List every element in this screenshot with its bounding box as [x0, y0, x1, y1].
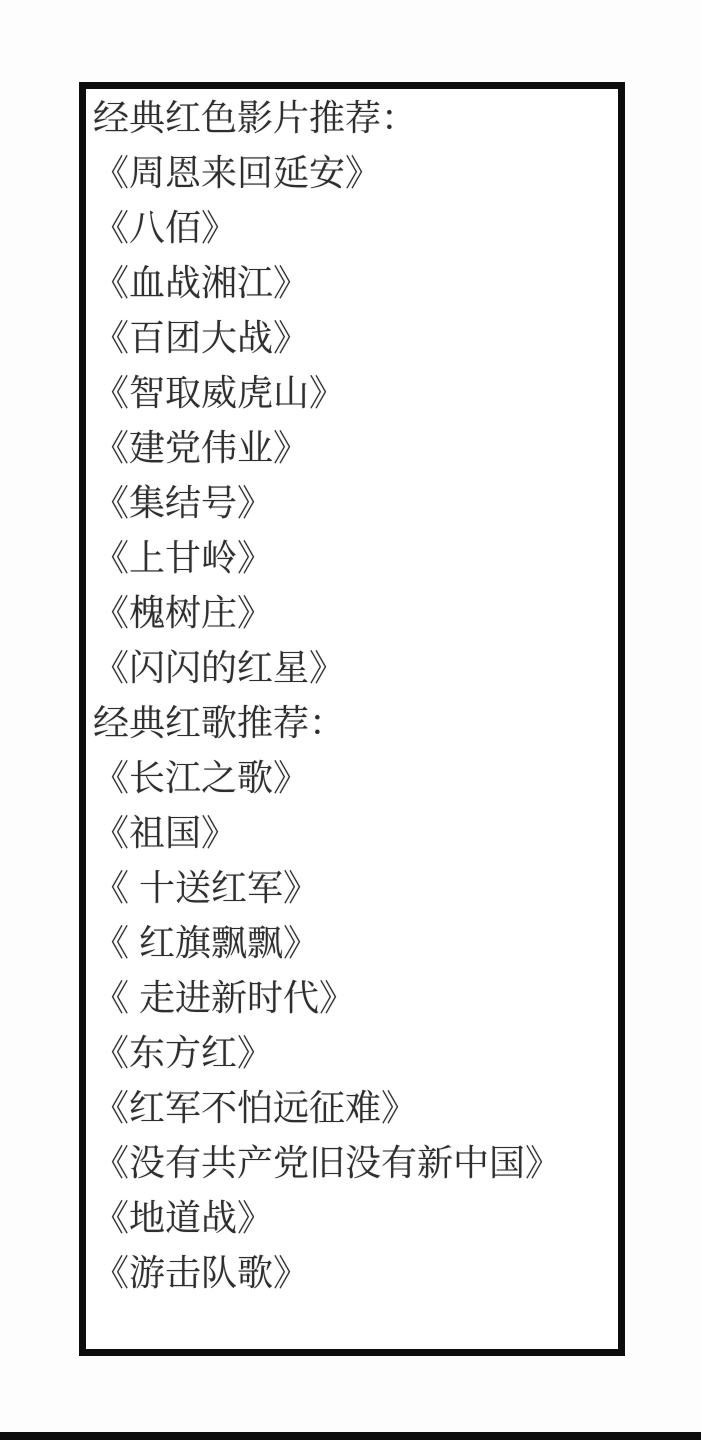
film-list-item: 《闪闪的红星》: [93, 640, 612, 695]
song-list-item: 《游击队歌》: [93, 1245, 612, 1300]
song-list-item: 《祖国》: [93, 805, 612, 860]
screenshot-page: 经典红色影片推荐： 《周恩来回延安》 《八佰》 《血战湘江》 《百团大战》 《智…: [0, 0, 701, 1440]
song-list-item: 《 走进新时代》: [93, 970, 612, 1025]
bottom-divider-bar: [0, 1432, 701, 1440]
film-section-heading: 经典红色影片推荐：: [93, 90, 612, 145]
film-list-item: 《集结号》: [93, 475, 612, 530]
song-list-item: 《地道战》: [93, 1190, 612, 1245]
film-list-item: 《智取威虎山》: [93, 365, 612, 420]
film-list-item: 《血战湘江》: [93, 255, 612, 310]
film-list-item: 《八佰》: [93, 200, 612, 255]
film-list-item: 《上甘岭》: [93, 530, 612, 585]
song-list-item: 《红军不怕远征难》: [93, 1080, 612, 1135]
song-section-heading: 经典红歌推荐：: [93, 695, 612, 750]
film-list-item: 《周恩来回延安》: [93, 145, 612, 200]
song-list-item: 《东方红》: [93, 1025, 612, 1080]
song-list-item: 《长江之歌》: [93, 750, 612, 805]
song-list-item: 《没有共产党旧没有新中国》: [93, 1135, 612, 1190]
recommendation-list-box: 经典红色影片推荐： 《周恩来回延安》 《八佰》 《血战湘江》 《百团大战》 《智…: [79, 82, 625, 1356]
film-list-item: 《百团大战》: [93, 310, 612, 365]
song-list-item: 《 十送红军》: [93, 860, 612, 915]
film-list-item: 《槐树庄》: [93, 585, 612, 640]
film-list-item: 《建党伟业》: [93, 420, 612, 475]
song-list-item: 《 红旗飘飘》: [93, 915, 612, 970]
